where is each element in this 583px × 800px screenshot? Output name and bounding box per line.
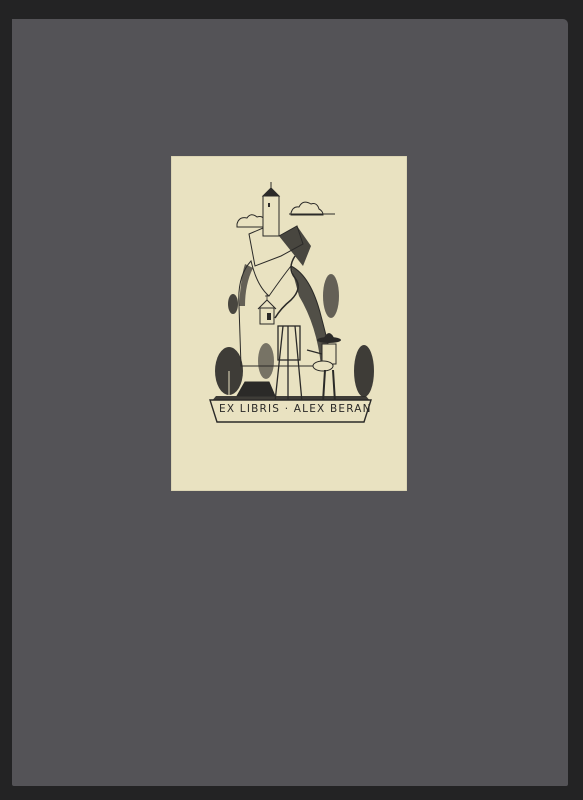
castle-tower-icon [263, 182, 279, 236]
cottage-icon [237, 382, 275, 396]
tree-mid-icon [258, 343, 274, 379]
bookplate-illustration [171, 156, 407, 491]
tree-small-icon [228, 294, 238, 314]
tree-right-icon [354, 345, 374, 397]
tree-right-tall-icon [323, 274, 339, 318]
bookplate-card: EX LIBRIS · ALEX BERAN [171, 156, 407, 491]
cloud-right [291, 202, 323, 215]
easel-icon [275, 326, 302, 402]
ex-libris-inscription: EX LIBRIS · ALEX BERAN [219, 403, 359, 415]
